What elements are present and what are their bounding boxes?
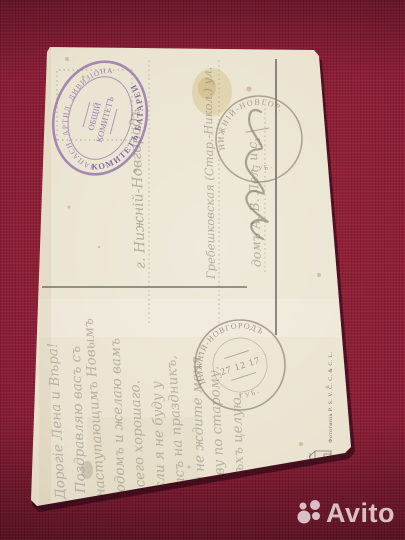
postcard-graphics: Дорогіе Лена и Вѣра! Поздравляю васъ съ …: [39, 47, 345, 507]
avito-wordmark: Avito: [326, 498, 395, 529]
postcard-content: Дорогіе Лена и Вѣра! Поздравляю васъ съ …: [39, 47, 345, 507]
message-block: Дорогіе Лена и Вѣра! Поздравляю васъ съ …: [45, 318, 248, 501]
svg-text:ГУБ.: ГУБ.: [237, 385, 262, 402]
avito-watermark: Avito: [283, 492, 405, 540]
postmark-dated-arc-bottom-text: ГУБ.: [237, 385, 262, 402]
postmark-corner-center-text: 1: [256, 137, 263, 149]
publisher-imprint: Фототипія P. S. V. C. C. & C. L.: [328, 351, 334, 443]
message-line: Всѣхъ целую.: [229, 393, 249, 495]
listing-photo: Дорогіе Лена и Вѣра! Поздравляю васъ съ …: [0, 0, 405, 540]
postmark-date-text: 27 12 17: [219, 356, 261, 378]
